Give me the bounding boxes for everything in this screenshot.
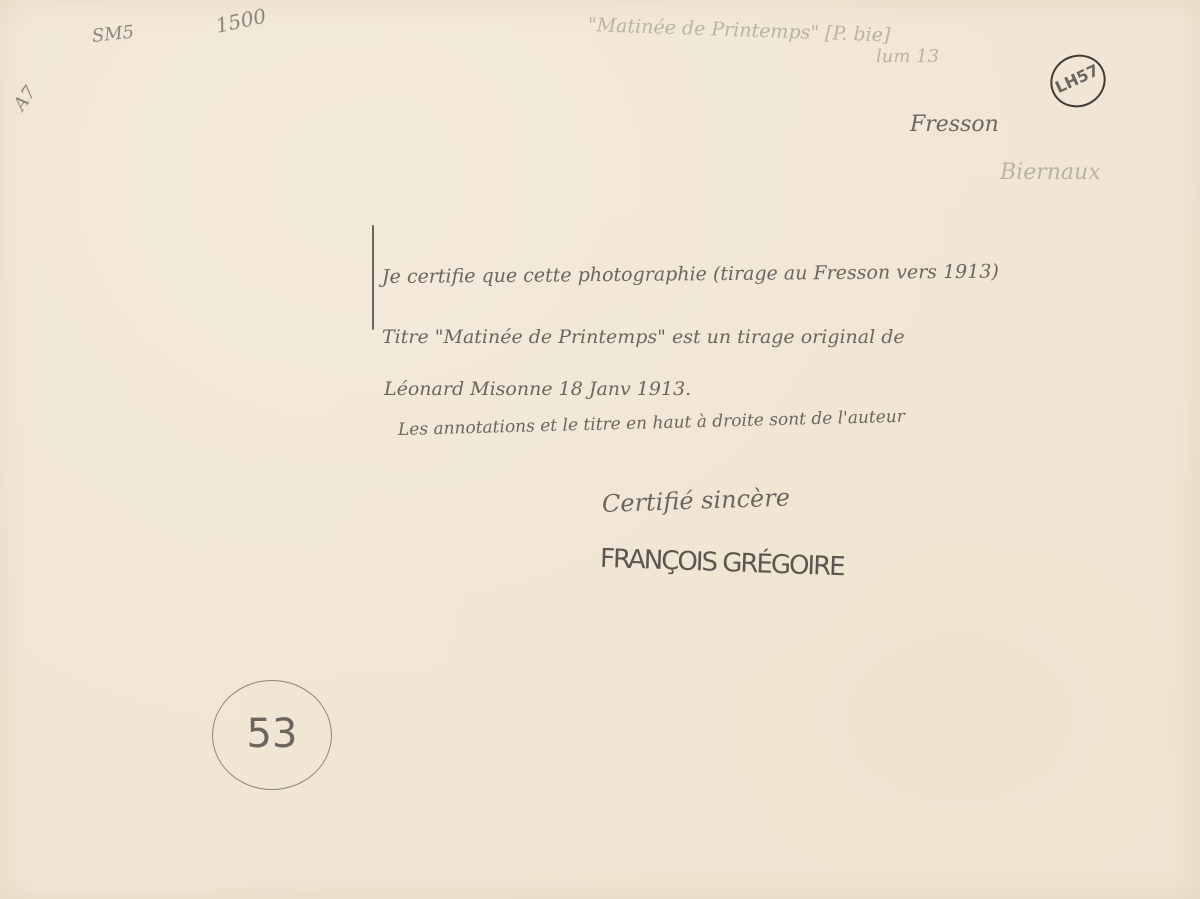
photo-verso-sheet: SM5 1500 A7 "Matinée de Printemps" [P. b… <box>0 0 1200 899</box>
name-note: Biernaux <box>1000 160 1101 185</box>
reference-note: A7 <box>9 82 40 114</box>
certificate-line-2: Titre "Matinée de Printemps" est un tira… <box>382 326 905 348</box>
code-note: SM5 <box>91 22 135 47</box>
certificate-line-1: Je certifie que cette photographie (tira… <box>382 261 999 288</box>
initial-stroke <box>372 225 374 330</box>
title-note: "Matinée de Printemps" [P. bie] <box>588 14 891 47</box>
inventory-number: LH57 <box>1049 59 1104 98</box>
lot-number-circle: 53 <box>212 680 332 790</box>
lot-number: 53 <box>213 711 331 757</box>
price-note: 1500 <box>214 4 269 38</box>
inventory-oval: LH57 <box>1042 46 1115 117</box>
certificate-line-3: Léonard Misonne 18 Janv 1913. <box>384 378 691 400</box>
certified-sincere: Certifié sincère <box>602 483 791 518</box>
certificate-line-4: Les annotations et le titre en haut à dr… <box>398 407 905 440</box>
sub-note: lum 13 <box>876 46 939 67</box>
signature: FRANÇOIS GRÉGOIRE <box>600 544 845 582</box>
photographer-note: Fresson <box>910 112 999 137</box>
